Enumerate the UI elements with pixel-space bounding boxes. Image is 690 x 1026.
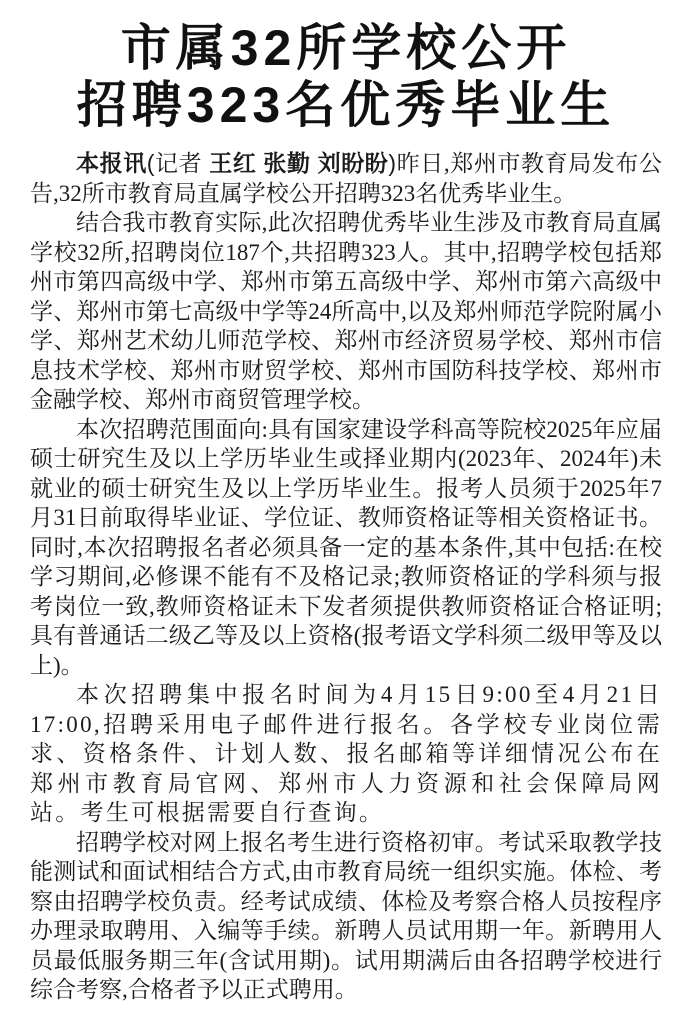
paragraph-registration: 本次招聘集中报名时间为4月15日9:00至4月21日17:00,招聘采用电子邮件… [30,680,662,828]
paragraph-schools: 结合我市教育实际,此次招聘优秀毕业生涉及市教育局直属学校32所,招聘岗位187个… [30,208,662,415]
paragraph-exam-hiring: 招聘学校对网上报名考生进行资格初审。考试采取教学技能测试和面试相结合方式,由市教… [30,828,662,1005]
byline-close-paren: ) [388,150,396,176]
headline-line-1: 市属32所学校公开 [30,20,662,77]
byline-open-paren: (记者 [147,150,209,176]
paragraph-lead: 本报讯(记者 王红 张勤 刘盼盼)昨日,郑州市教育局发布公告,32所市教育局直属… [30,149,662,208]
article-body: 本报讯(记者 王红 张勤 刘盼盼)昨日,郑州市教育局发布公告,32所市教育局直属… [30,149,662,1005]
byline-reporters: 王红 张勤 刘盼盼 [209,150,388,176]
paragraph-requirements: 本次招聘范围面向:具有国家建设学科高等院校2025年应届硕士研究生及以上学历毕业… [30,415,662,681]
headline-line-2: 招聘323名优秀毕业生 [30,77,662,134]
article-headline: 市属32所学校公开 招聘323名优秀毕业生 [30,20,662,134]
byline-prefix: 本报讯 [76,150,147,176]
newspaper-article-page: 市属32所学校公开 招聘323名优秀毕业生 本报讯(记者 王红 张勤 刘盼盼)昨… [0,0,690,1026]
